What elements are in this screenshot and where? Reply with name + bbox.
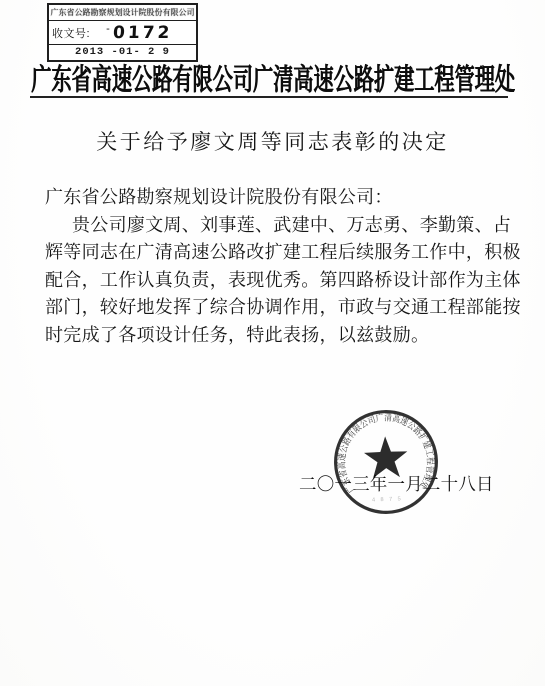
seal-serial-marks: 4 8 7 5 — [372, 496, 403, 503]
letterhead-title: 广东省高速公路有限公司广清高速公路扩建工程管理处 — [31, 57, 515, 99]
body-line: 时完成了各项设计任务，特此表扬，以兹鼓励。 — [45, 324, 505, 352]
document-subject-title: 关于给予廖文周等同志表彰的决定 — [0, 126, 545, 156]
salutation-line: 广东省公路勘察规划设计院股份有限公司： — [45, 186, 505, 214]
body-line: 部门，较好地发挥了综合协调作用，市政与交通工程部能按 — [45, 296, 505, 324]
body-line: 配合，工作认真负责，表现优秀。第四路桥设计部作为主体 — [45, 269, 505, 297]
receipt-stamp-box: 广东省公路勘察规划设计院股份有限公司 收文号: - 0172 2013 -01-… — [47, 3, 198, 62]
scanned-document-page: 广东省公路勘察规划设计院股份有限公司 收文号: - 0172 2013 -01-… — [0, 0, 545, 686]
receipt-number-value: 0172 — [112, 23, 172, 43]
document-body: 广东省公路勘察规划设计院股份有限公司： 贵公司廖文周、刘事莲、武建中、万志勇、李… — [45, 186, 505, 352]
receipt-number-prefix: - — [106, 23, 110, 35]
receipt-company-name: 广东省公路勘察规划设计院股份有限公司 — [49, 5, 196, 21]
receipt-number-label: 收文号: — [52, 25, 90, 41]
letterhead-divider-rule — [30, 96, 508, 98]
star-icon — [363, 436, 408, 479]
body-line: 贵公司廖文周、刘事莲、武建中、万志勇、李勤策、占 — [45, 214, 505, 242]
receipt-number-row: 收文号: - 0172 — [49, 21, 196, 45]
letterhead: 广东省高速公路有限公司广清高速公路扩建工程管理处 — [0, 58, 545, 98]
body-line: 辉等同志在广清高速公路改扩建工程后续服务工作中，积极 — [45, 241, 505, 269]
official-seal: 广东省高速公路有限公司广清高速公路扩建工程管理处 4 8 7 5 — [327, 403, 445, 521]
